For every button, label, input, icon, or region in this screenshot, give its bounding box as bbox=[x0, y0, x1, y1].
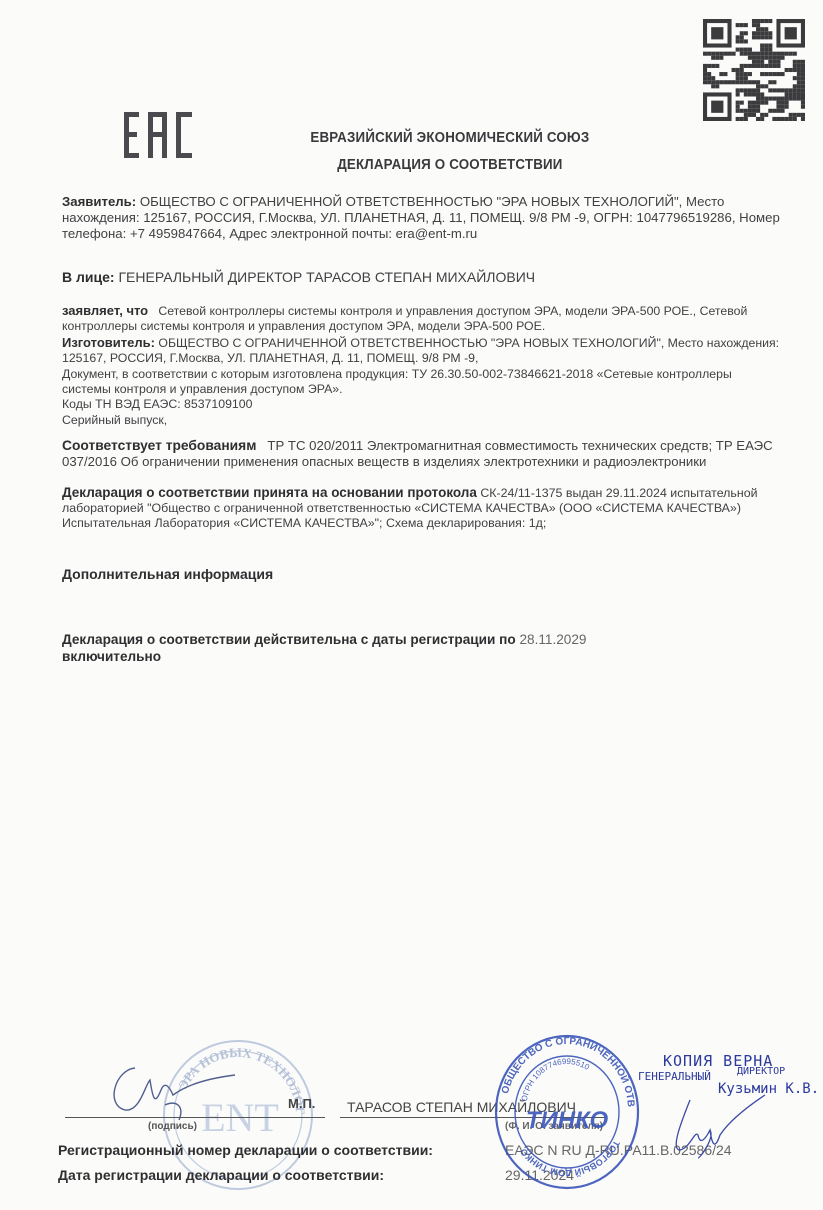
represented-by-section: В лице: ГЕНЕРАЛЬНЫЙ ДИРЕКТОР ТАРАСОВ СТЕ… bbox=[62, 270, 782, 286]
copy-seal-ogrn: ОГРН 1087746995510 bbox=[520, 1057, 592, 1102]
declares-label: заявляет, что bbox=[62, 303, 148, 318]
compliance-section: Соответствует требованиям ТР ТС 020/2011… bbox=[62, 438, 782, 470]
basis-lab-line: Испытательная Лаборатория «СИСТЕМА КАЧЕС… bbox=[62, 516, 782, 531]
copy-seal: ОБЩЕСТВО С ОГРАНИЧЕННОЙ ОТВЕТСТВЕННОСТЬЮ… bbox=[492, 1030, 642, 1190]
codes-line: Коды ТН ВЭД ЕАЭС: 8537109100 bbox=[62, 397, 782, 412]
represented-by-text: ГЕНЕРАЛЬНЫЙ ДИРЕКТОР ТАРАСОВ СТЕПАН МИХА… bbox=[118, 269, 535, 285]
validity-suffix: включительно bbox=[62, 649, 161, 664]
compliance-label: Соответствует требованиям bbox=[62, 438, 256, 453]
additional-info-section: Дополнительная информация bbox=[62, 567, 782, 583]
applicant-signature bbox=[95, 1050, 245, 1130]
signature-label: (подпись) bbox=[148, 1121, 197, 1132]
declaration-section: заявляет, что Сетевой контроллеры систем… bbox=[62, 303, 782, 428]
validity-section: Декларация о соответствии действительна … bbox=[62, 631, 702, 665]
copy-seal-logo: ТИНКО bbox=[526, 1107, 609, 1134]
signature-line bbox=[65, 1117, 325, 1118]
applicant-label: Заявитель: bbox=[62, 194, 136, 209]
copy-seal-text: ТОРГОВЫЙ ДОМ ТИНКО bbox=[518, 1139, 622, 1179]
validity-label: Декларация о соответствии действительна … bbox=[62, 632, 516, 647]
additional-info-label: Дополнительная информация bbox=[62, 566, 273, 582]
stamp-place-label: М.П. bbox=[288, 1096, 315, 1111]
svg-text:ТОРГОВЫЙ ДОМ ТИНКО: ТОРГОВЫЙ ДОМ ТИНКО bbox=[518, 1139, 622, 1179]
represented-by-label: В лице: bbox=[62, 269, 115, 285]
copy-position-label-2: ДИРЕКТОР bbox=[737, 1066, 785, 1077]
manufacturer-label: Изготовитель: bbox=[62, 335, 155, 350]
copy-position-label: ГЕНЕРАЛЬНЫЙ bbox=[638, 1070, 711, 1083]
qr-code bbox=[703, 18, 805, 122]
svg-text:ОГРН 1087746995510: ОГРН 1087746995510 bbox=[520, 1057, 592, 1102]
applicant-text: ОБЩЕСТВО С ОГРАНИЧЕННОЙ ОТВЕТСТВЕННОСТЬЮ… bbox=[62, 194, 780, 241]
union-heading: ЕВРАЗИЙСКИЙ ЭКОНОМИЧЕСКИЙ СОЮЗ bbox=[35, 130, 823, 146]
declares-text: Сетевой контроллеры системы контроля и у… bbox=[62, 304, 747, 333]
copy-signature bbox=[660, 1090, 770, 1160]
applicant-section: Заявитель: ОБЩЕСТВО С ОГРАНИЧЕННОЙ ОТВЕТ… bbox=[62, 194, 782, 241]
basis-section: Декларация о соответствии принята на осн… bbox=[62, 485, 782, 532]
validity-date: 28.11.2029 bbox=[519, 632, 586, 647]
serial-line: Серийный выпуск, bbox=[62, 413, 782, 428]
svg-text:ОБЩЕСТВО С ОГРАНИЧЕННОЙ ОТВЕТС: ОБЩЕСТВО С ОГРАНИЧЕННОЙ ОТВЕТСТВЕННОСТЬЮ bbox=[492, 1030, 636, 1107]
registration-date-label: Дата регистрации декларации о соответств… bbox=[58, 1167, 384, 1183]
registration-number-label: Регистрационный номер декларации о соотв… bbox=[58, 1142, 433, 1158]
document-line: Документ, в соответствии с которым изгот… bbox=[62, 367, 782, 398]
manufacturer-text: ОБЩЕСТВО С ОГРАНИЧЕННОЙ ОТВЕТСТВЕННОСТЬЮ… bbox=[62, 336, 779, 365]
basis-label: Декларация о соответствии принята на осн… bbox=[62, 485, 477, 500]
document-title: ДЕКЛАРАЦИЯ О СООТВЕТСТВИИ bbox=[35, 157, 823, 173]
